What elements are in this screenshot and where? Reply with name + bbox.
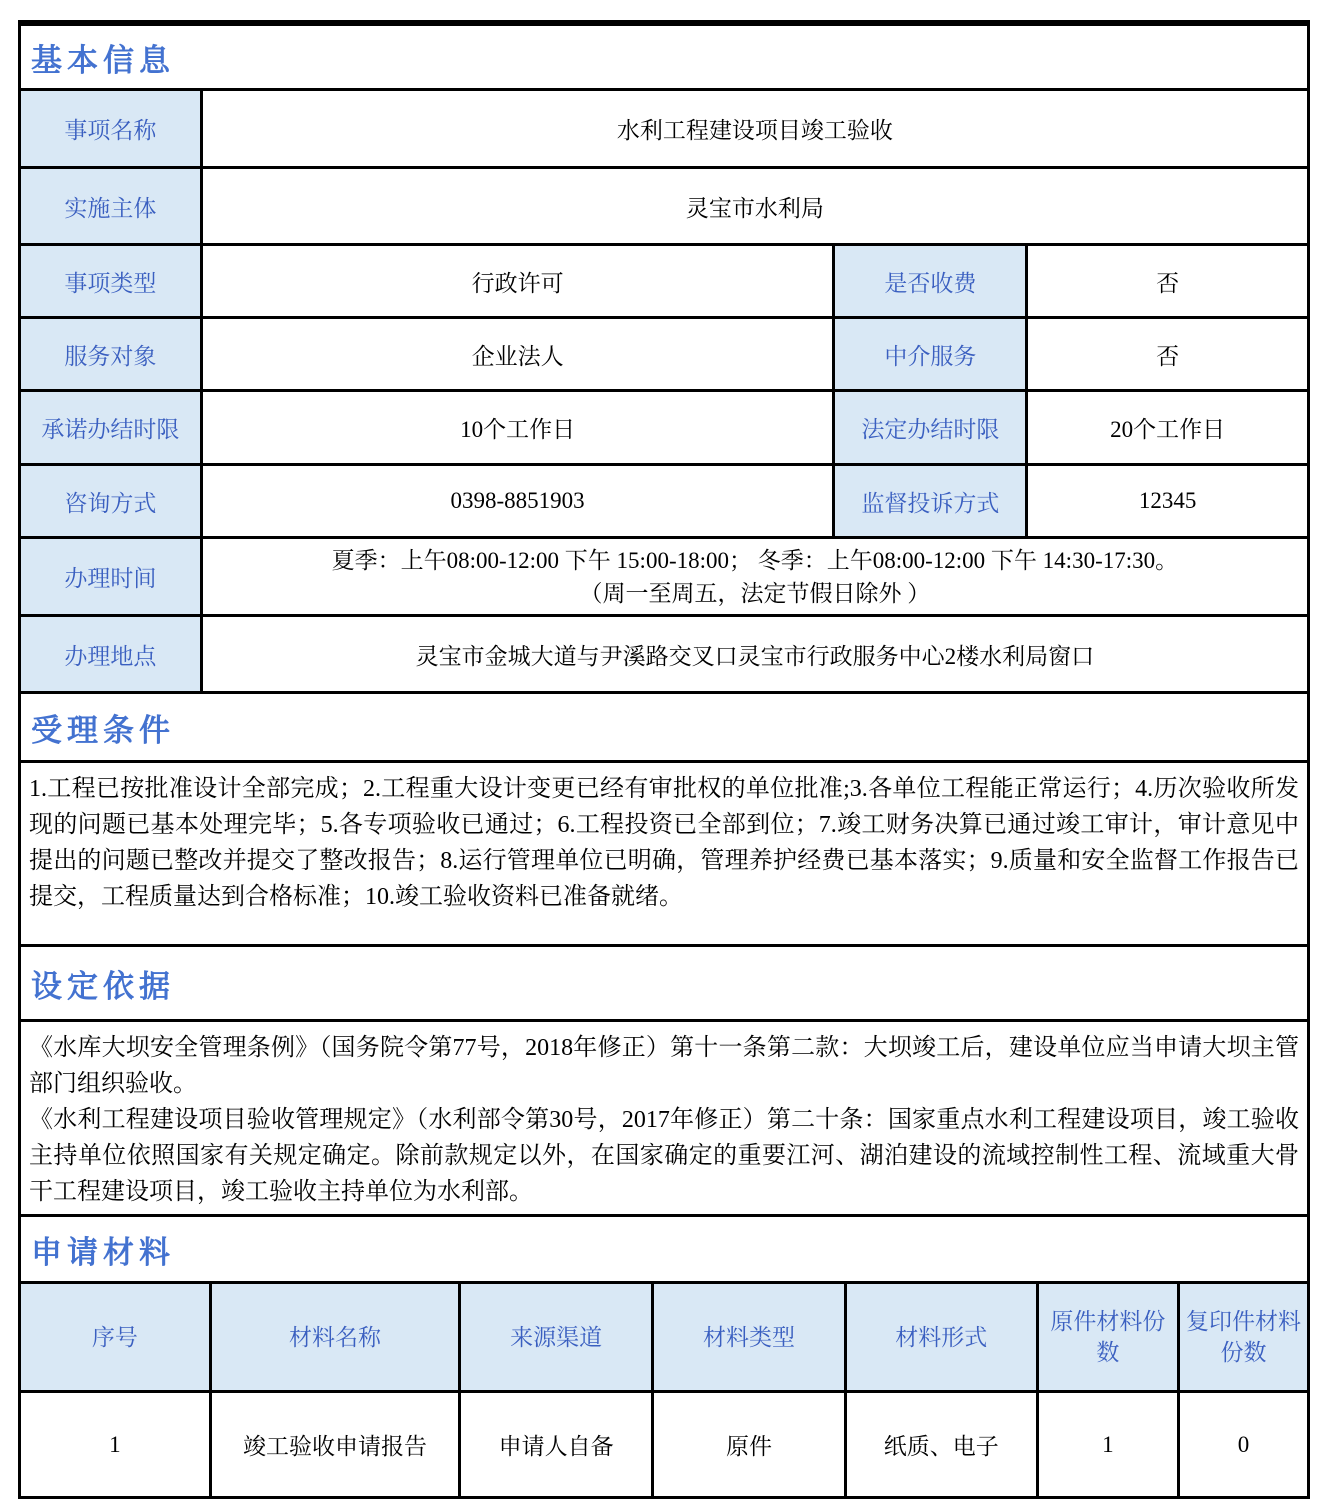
- field-value-item-name: 水利工程建设项目竣工验收: [200, 91, 1307, 166]
- field-label-item-type: 事项类型: [21, 246, 200, 316]
- field-label-implementing-body: 实施主体: [21, 169, 200, 243]
- acceptance-content-cell: 1.工程已按批准设计全部完成；2.工程重大设计变更已经有审批权的单位批准;3.各…: [21, 760, 1307, 944]
- section-title-materials: 申请材料: [31, 1227, 175, 1272]
- field-value-intermediary: 否: [1025, 319, 1307, 389]
- field-label-office-hours: 办理时间: [21, 539, 200, 614]
- material-name: 竣工验收申请报告: [209, 1393, 458, 1494]
- row-item-name: 事项名称 水利工程建设项目竣工验收: [21, 88, 1307, 166]
- materials-col-copies: 复印件材料份数: [1177, 1284, 1307, 1390]
- office-hours-line1: 夏季：上午08:00-12:00 下午 15:00-18:00； 冬季：上午08…: [207, 544, 1303, 577]
- section-title-acceptance: 受理条件: [31, 705, 175, 750]
- office-hours-line2: （周一至周五，法定节假日除外 ）: [207, 577, 1303, 610]
- row-implementing-body: 实施主体 灵宝市水利局: [21, 166, 1307, 243]
- basis-paragraph-2: 《水利工程建设项目验收管理规定》（水利部令第30号，2017年修正）第二十条：国…: [29, 1102, 1299, 1210]
- materials-col-form: 材料形式: [844, 1284, 1036, 1390]
- field-value-office-location: 灵宝市金城大道与尹溪路交叉口灵宝市行政服务中心2楼水利局窗口: [200, 617, 1307, 691]
- materials-table-header-row: 序号 材料名称 来源渠道 材料类型 材料形式 原件材料份数 复印件材料份数: [21, 1281, 1307, 1390]
- field-label-fee: 是否收费: [832, 246, 1025, 316]
- field-value-promised-limit: 10个工作日: [200, 392, 833, 463]
- section-acceptance-header: 受理条件: [21, 691, 1307, 760]
- field-label-intermediary: 中介服务: [832, 319, 1025, 389]
- field-label-statutory-limit: 法定办结时限: [832, 392, 1025, 463]
- field-value-implementing-body: 灵宝市水利局: [200, 169, 1307, 243]
- materials-col-originals: 原件材料份数: [1036, 1284, 1177, 1390]
- row-service-target-intermediary: 服务对象 企业法人 中介服务 否: [21, 316, 1307, 389]
- materials-col-source: 来源渠道: [458, 1284, 651, 1390]
- materials-col-name: 材料名称: [209, 1284, 458, 1390]
- materials-col-type: 材料类型: [651, 1284, 844, 1390]
- material-originals: 1: [1036, 1393, 1177, 1494]
- field-label-service-target: 服务对象: [21, 319, 200, 389]
- material-source: 申请人自备: [458, 1393, 651, 1494]
- row-office-hours: 办理时间 夏季：上午08:00-12:00 下午 15:00-18:00； 冬季…: [21, 536, 1307, 614]
- field-value-office-hours: 夏季：上午08:00-12:00 下午 15:00-18:00； 冬季：上午08…: [200, 539, 1307, 614]
- field-value-statutory-limit: 20个工作日: [1025, 392, 1307, 463]
- material-seq: 1: [21, 1393, 209, 1494]
- acceptance-conditions-text: 1.工程已按批准设计全部完成；2.工程重大设计变更已经有审批权的单位批准;3.各…: [29, 771, 1299, 915]
- service-info-document: 基本信息 事项名称 水利工程建设项目竣工验收 实施主体 灵宝市水利局 事项类型 …: [18, 20, 1310, 1494]
- basis-content-cell: 《水库大坝安全管理条例》（国务院令第77号，2018年修正）第十一条第二款：大坝…: [21, 1019, 1307, 1214]
- field-value-service-target: 企业法人: [200, 319, 833, 389]
- field-label-promised-limit: 承诺办结时限: [21, 392, 200, 463]
- materials-table-row: 1 竣工验收申请报告 申请人自备 原件 纸质、电子 1 0: [21, 1390, 1307, 1494]
- section-materials-header: 申请材料: [21, 1214, 1307, 1281]
- field-value-item-type: 行政许可: [200, 246, 833, 316]
- row-contact-supervision: 咨询方式 0398-8851903 监督投诉方式 12345: [21, 463, 1307, 536]
- section-title-basis: 设定依据: [31, 961, 175, 1006]
- material-type: 原件: [651, 1393, 844, 1494]
- row-item-type-fee: 事项类型 行政许可 是否收费 否: [21, 243, 1307, 316]
- field-value-fee: 否: [1025, 246, 1307, 316]
- row-office-location: 办理地点 灵宝市金城大道与尹溪路交叉口灵宝市行政服务中心2楼水利局窗口: [21, 614, 1307, 691]
- field-value-consult-phone: 0398-8851903: [200, 466, 833, 536]
- field-value-complaint-phone: 12345: [1025, 466, 1307, 536]
- row-time-limits: 承诺办结时限 10个工作日 法定办结时限 20个工作日: [21, 389, 1307, 463]
- section-title-basic-info: 基本信息: [31, 35, 175, 80]
- materials-col-seq: 序号: [21, 1284, 209, 1390]
- field-label-item-name: 事项名称: [21, 91, 200, 166]
- basis-paragraph-1: 《水库大坝安全管理条例》（国务院令第77号，2018年修正）第十一条第二款：大坝…: [29, 1030, 1299, 1102]
- field-label-consult-phone: 咨询方式: [21, 466, 200, 536]
- field-label-office-location: 办理地点: [21, 617, 200, 691]
- section-basis-header: 设定依据: [21, 944, 1307, 1019]
- field-label-complaint-phone: 监督投诉方式: [832, 466, 1025, 536]
- material-form: 纸质、电子: [844, 1393, 1036, 1494]
- material-copies: 0: [1177, 1393, 1307, 1494]
- section-basic-info-header: 基本信息: [21, 23, 1307, 88]
